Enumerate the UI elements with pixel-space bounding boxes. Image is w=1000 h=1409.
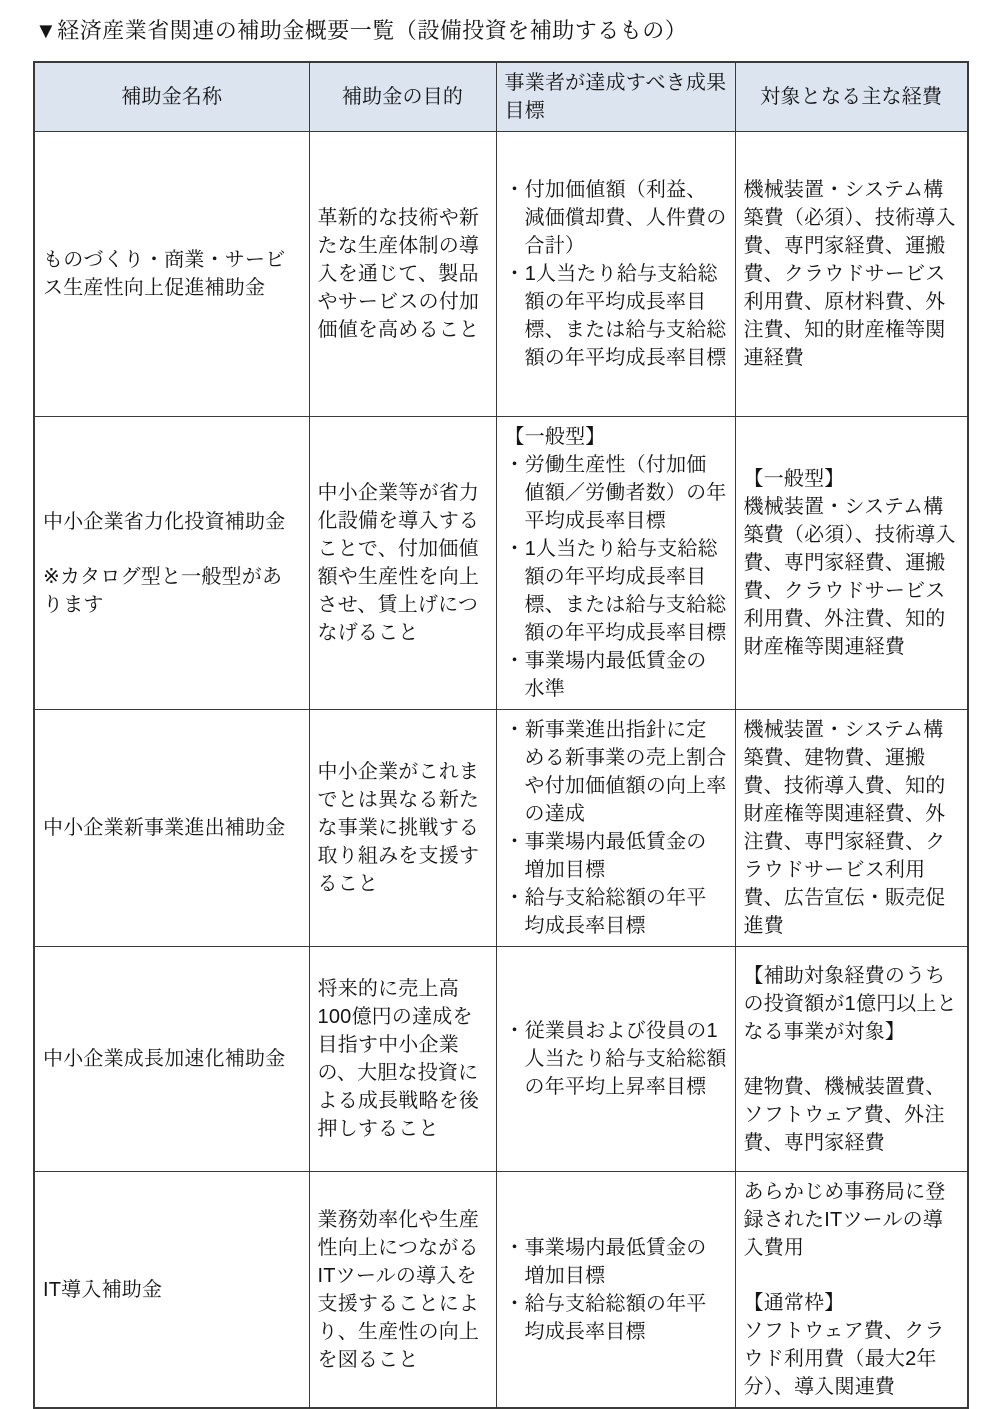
cell-subsidy-name: IT導入補助金 — [34, 1172, 309, 1409]
cell-purpose: 業務効率化や生産性向上につながるITツールの導入を支援することにより、生産性の向… — [309, 1172, 496, 1409]
expenses-text: 機械装置・システム構築費、建物費、運搬費、技術導入費、知的財産権等関連経費、外注… — [744, 716, 960, 940]
goals-group-header: 【一般型】 — [505, 423, 727, 451]
expenses-text: 【補助対象経費のうちの投資額が1億円以上となる事業が対象】 — [744, 962, 960, 1046]
table-row: 中小企業成長加速化補助金将来的に売上高100億円の達成を目指す中小企業の、大胆な… — [34, 947, 968, 1172]
expenses-text: 【通常枠】 ソフトウェア費、クラウド利用費（最大2年分）、導入関連費 — [744, 1289, 960, 1401]
subsidy-name-text: ものづくり・商業・サービス生産性向上促進補助金 — [43, 246, 301, 302]
col-header-subsidy-name: 補助金名称 — [34, 62, 309, 132]
purpose-text: 中小企業等が省力化設備を導入することで、付加価値額や生産性を向上させ、賃上げにつ… — [318, 479, 488, 647]
expenses-text: 【一般型】 機械装置・システム構築費（必須）、技術導入費、専門家経費、運搬費、ク… — [744, 465, 960, 661]
purpose-text: 革新的な技術や新たな生産体制の導入を通じて、製品やサービスの付加価値を高めること — [318, 204, 488, 344]
cell-goals: ・付加価値額（利益、減価償却費、人件費の合計）・1人当たり給与支給総額の年平均成… — [496, 132, 735, 417]
page: ▼経済産業省関連の補助金概要一覧（設備投資を補助するもの） 補助金名称 補助金の… — [0, 0, 1000, 1409]
cell-expenses: 機械装置・システム構築費（必須）、技術導入費、専門家経費、運搬費、クラウドサービ… — [735, 132, 968, 417]
goal-item: ・1人当たり給与支給総額の年平均成長率目標、または給与支給総額の年平均成長率目標 — [505, 260, 727, 372]
goal-item: ・事業場内最低賃金の水準 — [505, 647, 727, 703]
purpose-text: 将来的に売上高100億円の達成を目指す中小企業の、大胆な投資による成長戦略を後押… — [318, 975, 488, 1143]
subsidy-table: 補助金名称 補助金の目的 事業者が達成すべき成果目標 対象となる主な経費 ものづ… — [33, 61, 969, 1409]
subsidy-name-text: ※カタログ型と一般型があります — [43, 563, 301, 619]
goal-item: ・1人当たり給与支給総額の年平均成長率目標、または給与支給総額の年平均成長率目標 — [505, 535, 727, 647]
cell-goals: 【一般型】・労働生産性（付加価値額／労働者数）の年平均成長率目標・1人当たり給与… — [496, 417, 735, 710]
subsidy-name-text: 中小企業新事業進出補助金 — [43, 814, 301, 842]
cell-subsidy-name: 中小企業新事業進出補助金 — [34, 710, 309, 947]
table-row: 中小企業新事業進出補助金中小企業がこれまでとは異なる新たな事業に挑戦する取り組み… — [34, 710, 968, 947]
purpose-text: 業務効率化や生産性向上につながるITツールの導入を支援することにより、生産性の向… — [318, 1206, 488, 1374]
table-row: ものづくり・商業・サービス生産性向上促進補助金革新的な技術や新たな生産体制の導入… — [34, 132, 968, 417]
cell-goals: ・従業員および役員の1人当たり給与支給総額の年平均上昇率目標 — [496, 947, 735, 1172]
table-row: 中小企業省力化投資補助金※カタログ型と一般型があります中小企業等が省力化設備を導… — [34, 417, 968, 710]
page-title: ▼経済産業省関連の補助金概要一覧（設備投資を補助するもの） — [35, 14, 1000, 45]
col-header-purpose: 補助金の目的 — [309, 62, 496, 132]
goal-item: ・従業員および役員の1人当たり給与支給総額の年平均上昇率目標 — [505, 1017, 727, 1101]
cell-expenses: あらかじめ事務局に登録されたITツールの導入費用【通常枠】 ソフトウェア費、クラ… — [735, 1172, 968, 1409]
goal-item: ・給与支給総額の年平均成長率目標 — [505, 1290, 727, 1346]
cell-subsidy-name: 中小企業省力化投資補助金※カタログ型と一般型があります — [34, 417, 309, 710]
subsidy-name-text: 中小企業成長加速化補助金 — [43, 1045, 301, 1073]
expenses-text: 建物費、機械装置費、ソフトウェア費、外注費、専門家経費 — [744, 1073, 960, 1157]
expenses-text: あらかじめ事務局に登録されたITツールの導入費用 — [744, 1178, 960, 1262]
cell-purpose: 革新的な技術や新たな生産体制の導入を通じて、製品やサービスの付加価値を高めること — [309, 132, 496, 417]
cell-expenses: 機械装置・システム構築費、建物費、運搬費、技術導入費、知的財産権等関連経費、外注… — [735, 710, 968, 947]
table-body: ものづくり・商業・サービス生産性向上促進補助金革新的な技術や新たな生産体制の導入… — [34, 132, 968, 1409]
goal-item: ・事業場内最低賃金の増加目標 — [505, 828, 727, 884]
cell-expenses: 【補助対象経費のうちの投資額が1億円以上となる事業が対象】建物費、機械装置費、ソ… — [735, 947, 968, 1172]
cell-subsidy-name: 中小企業成長加速化補助金 — [34, 947, 309, 1172]
subsidy-name-text: 中小企業省力化投資補助金 — [43, 508, 301, 536]
cell-goals: ・事業場内最低賃金の増加目標・給与支給総額の年平均成長率目標 — [496, 1172, 735, 1409]
cell-purpose: 中小企業がこれまでとは異なる新たな事業に挑戦する取り組みを支援すること — [309, 710, 496, 947]
col-header-expenses: 対象となる主な経費 — [735, 62, 968, 132]
cell-expenses: 【一般型】 機械装置・システム構築費（必須）、技術導入費、専門家経費、運搬費、ク… — [735, 417, 968, 710]
goal-item: ・付加価値額（利益、減価償却費、人件費の合計） — [505, 176, 727, 260]
purpose-text: 中小企業がこれまでとは異なる新たな事業に挑戦する取り組みを支援すること — [318, 758, 488, 898]
cell-subsidy-name: ものづくり・商業・サービス生産性向上促進補助金 — [34, 132, 309, 417]
table-row: IT導入補助金業務効率化や生産性向上につながるITツールの導入を支援することによ… — [34, 1172, 968, 1409]
goal-item: ・新事業進出指針に定める新事業の売上割合や付加価値額の向上率の達成 — [505, 716, 727, 828]
cell-purpose: 将来的に売上高100億円の達成を目指す中小企業の、大胆な投資による成長戦略を後押… — [309, 947, 496, 1172]
goal-item: ・労働生産性（付加価値額／労働者数）の年平均成長率目標 — [505, 451, 727, 535]
goal-item: ・事業場内最低賃金の増加目標 — [505, 1234, 727, 1290]
cell-goals: ・新事業進出指針に定める新事業の売上割合や付加価値額の向上率の達成・事業場内最低… — [496, 710, 735, 947]
subsidy-name-text: IT導入補助金 — [43, 1276, 301, 1304]
header-row: 補助金名称 補助金の目的 事業者が達成すべき成果目標 対象となる主な経費 — [34, 62, 968, 132]
col-header-goals: 事業者が達成すべき成果目標 — [496, 62, 735, 132]
goal-item: ・給与支給総額の年平均成長率目標 — [505, 884, 727, 940]
cell-purpose: 中小企業等が省力化設備を導入することで、付加価値額や生産性を向上させ、賃上げにつ… — [309, 417, 496, 710]
expenses-text: 機械装置・システム構築費（必須）、技術導入費、専門家経費、運搬費、クラウドサービ… — [744, 176, 960, 372]
